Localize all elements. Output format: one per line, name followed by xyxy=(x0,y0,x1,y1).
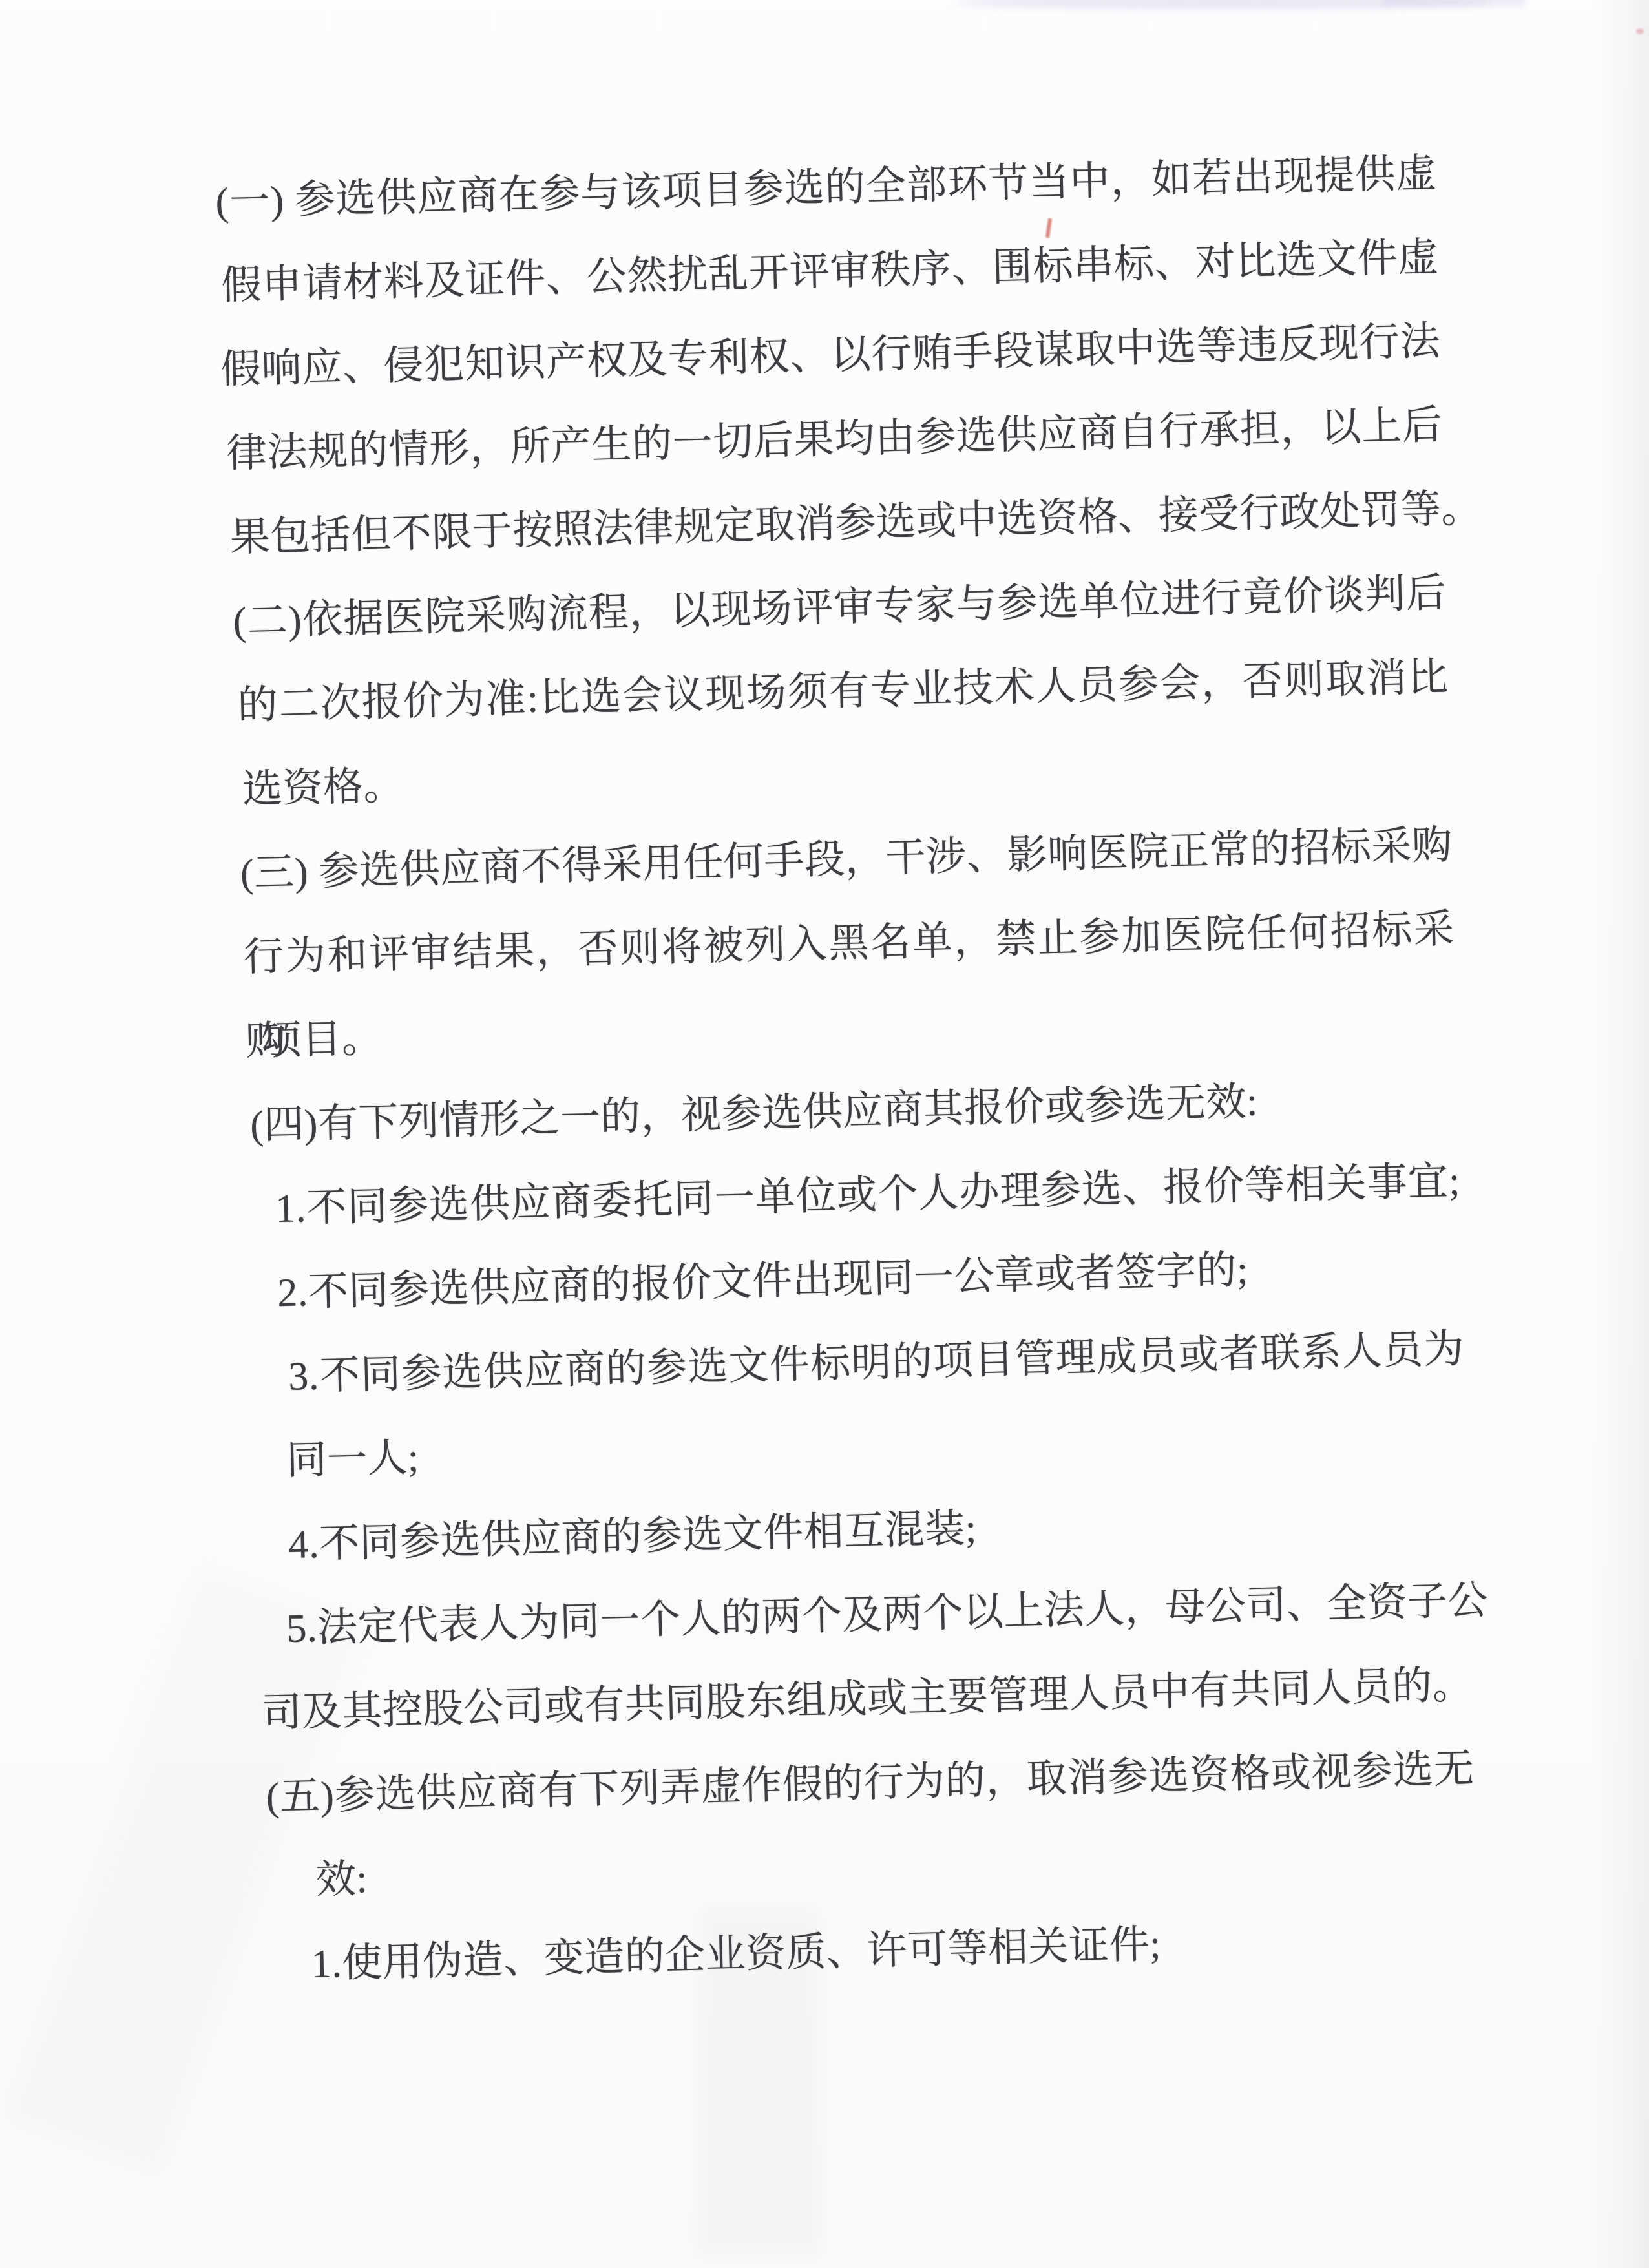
scan-smudge-top-right xyxy=(1383,0,1525,6)
scan-smudge-top xyxy=(956,0,1493,9)
scan-shadow-right-edge xyxy=(1591,0,1649,2268)
scan-pink-dot xyxy=(1636,28,1644,34)
document-text-block: (一) 参选供应商在参与该项目参选的全部环节当中，如若出现提供虚 假申请材料及证… xyxy=(215,131,1479,2008)
scanned-document-page: (一) 参选供应商在参与该项目参选的全部环节当中，如若出现提供虚 假申请材料及证… xyxy=(0,0,1649,2268)
